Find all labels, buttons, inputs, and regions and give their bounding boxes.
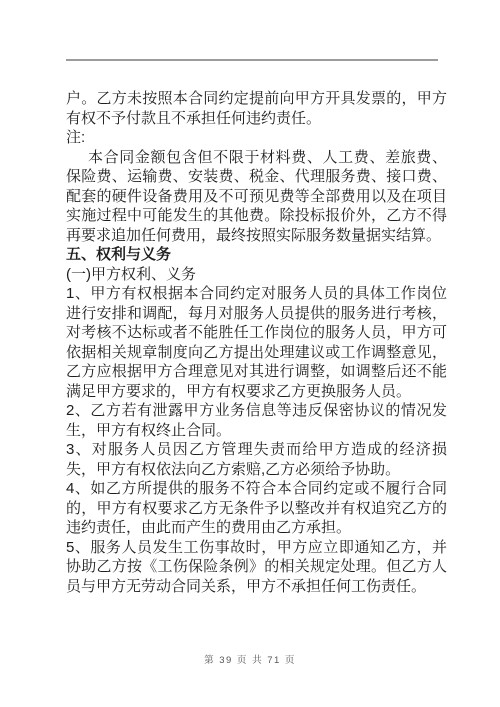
page-footer: 第 39 页 共 71 页 bbox=[0, 654, 500, 668]
clause-3-compensation: 3、对服务人员因乙方管理失责而给甲方造成的经济损失，甲方有权依法向乙方索赔,乙方… bbox=[66, 440, 447, 479]
subsection-heading-party-a-rights: (一)甲方权利、义务 bbox=[66, 265, 447, 285]
page-number-label: 第 39 页 共 71 页 bbox=[204, 655, 296, 666]
document-page: 户。乙方未按照本合同约定提前向甲方开具发票的，甲方有权不予付款且不承担任何违约责… bbox=[0, 0, 500, 707]
section-heading-rights-and-obligations: 五、权利与义务 bbox=[66, 245, 447, 265]
para-contract-amount-note: 本合同金额包含但不限于材料费、人工费、差旅费、保险费、运输费、安装费、税金、代理… bbox=[66, 148, 447, 246]
document-body: 户。乙方未按照本合同约定提前向甲方开具发票的，甲方有权不予付款且不承担任何违约责… bbox=[66, 89, 447, 596]
para-invoice-clause-continuation: 户。乙方未按照本合同约定提前向甲方开具发票的，甲方有权不予付款且不承担任何违约责… bbox=[66, 89, 447, 128]
header-rule-divider bbox=[66, 59, 438, 61]
clause-4-rectification: 4、如乙方所提供的服务不符合本合同约定或不履行合同的，甲方有权要求乙方无条件予以… bbox=[66, 479, 447, 538]
note-label: 注: bbox=[66, 128, 447, 148]
clause-5-work-injury: 5、服务人员发生工伤事故时，甲方应立即通知乙方，并协助乙方按《工伤保险条例》的相… bbox=[66, 538, 447, 597]
clause-1-work-assignment: 1、甲方有权根据本合同约定对服务人员的具体工作岗位进行安排和调配，每月对服务人员… bbox=[66, 284, 447, 401]
clause-2-confidentiality: 2、乙方若有泄露甲方业务信息等违反保密协议的情况发生，甲方有权终止合同。 bbox=[66, 401, 447, 440]
